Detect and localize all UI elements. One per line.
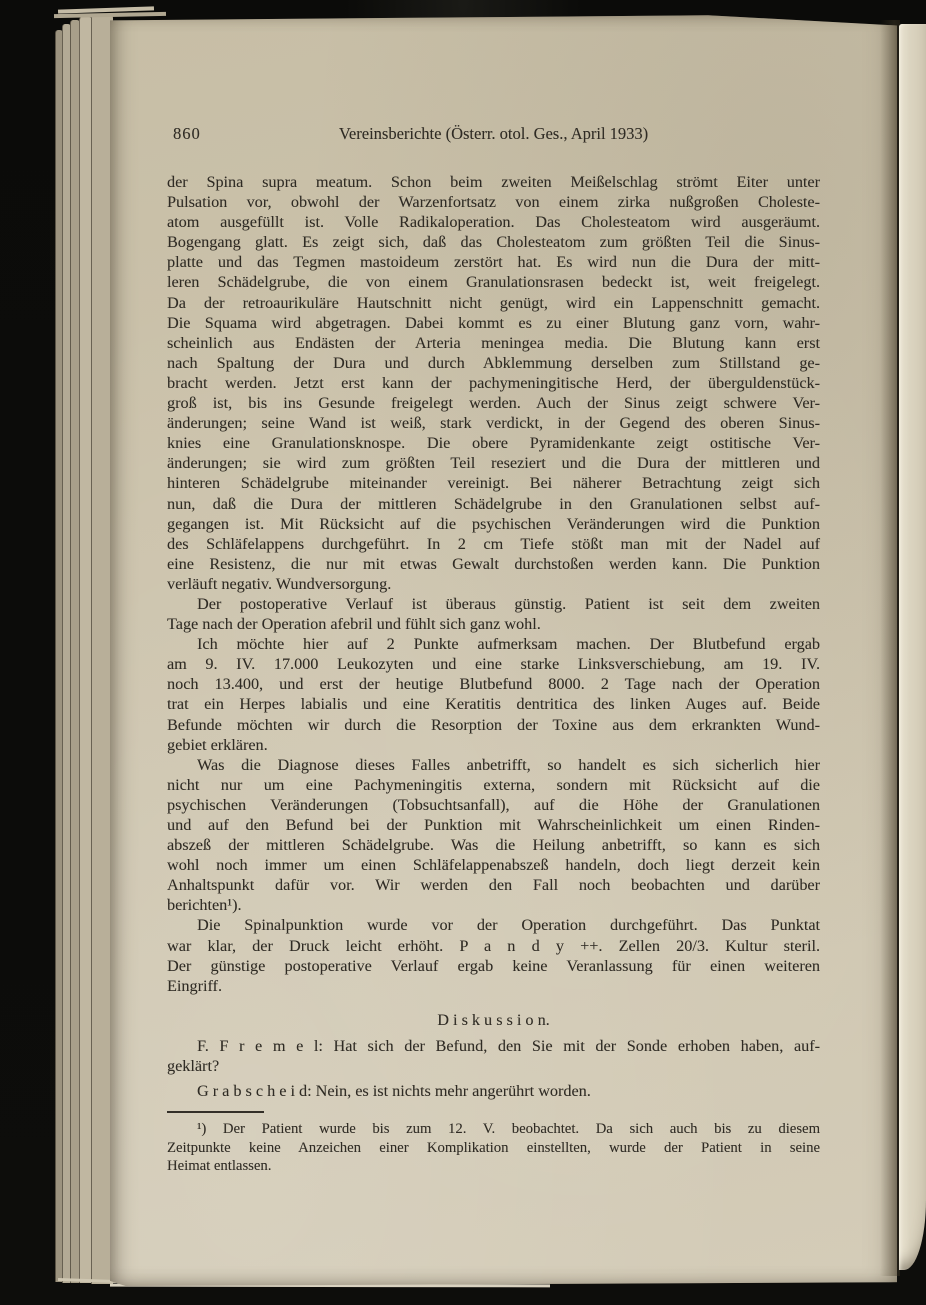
text-line: nicht nur um eine Pachymeningitis extern… xyxy=(167,775,820,795)
paragraph: Ich möchte hier auf 2 Punkte aufmerksam … xyxy=(167,634,820,755)
text-line: psychischen Veränderungen (Tobsuchtsanfa… xyxy=(167,795,820,815)
text-line: scheinlich aus Endästen der Arteria meni… xyxy=(167,333,820,353)
text-line: trat ein Herpes labialis und eine Kerati… xyxy=(167,694,820,714)
discussion-heading: D i s k u s s i o n. xyxy=(167,1010,820,1030)
text-line: abszeß der mittleren Schädelgrube. Was d… xyxy=(167,835,820,855)
text-line: nach Spaltung der Dura und durch Abklemm… xyxy=(167,353,820,373)
paragraph: der Spina supra meatum. Schon beim zweit… xyxy=(167,172,820,594)
text-line: des Schläfelappens durchgeführt. In 2 cm… xyxy=(167,534,820,554)
text-line: Eingriff. xyxy=(167,976,820,996)
footnote: ¹) Der Patient wurde bis zum 12. V. beob… xyxy=(167,1120,820,1176)
text-line: eine Resistenz, die nur mit etwas Gewalt… xyxy=(167,554,820,574)
body-text: der Spina supra meatum. Schon beim zweit… xyxy=(167,172,820,1176)
text-line: ¹) Der Patient wurde bis zum 12. V. beob… xyxy=(167,1120,820,1139)
text-line: Die Spinalpunktion wurde vor der Operati… xyxy=(167,915,820,935)
text-line: gebiet erklären. xyxy=(167,735,820,755)
text-line: F. F r e m e l: Hat sich der Befund, den… xyxy=(167,1036,820,1056)
text-line: Anhaltspunkt dafür vor. Wir werden den F… xyxy=(167,875,820,895)
text-line: Tage nach der Operation afebril und fühl… xyxy=(167,614,820,634)
running-header: Vereinsberichte (Österr. otol. Ges., Apr… xyxy=(167,124,820,144)
page-content: 860 Vereinsberichte (Österr. otol. Ges.,… xyxy=(167,124,820,1176)
text-line: Da der retroaurikuläre Hautschnitt nicht… xyxy=(167,293,820,313)
text-line: leren Schädelgrube, die von einem Granul… xyxy=(167,272,820,292)
text-line: nun, daß die Dura der mittleren Schädelg… xyxy=(167,494,820,514)
paragraph: Was die Diagnose dieses Falles anbetriff… xyxy=(167,755,820,916)
text-line: änderungen; sie wird zum größten Teil re… xyxy=(167,453,820,473)
page-edge xyxy=(91,15,113,1284)
text-line: Der günstige postoperative Verlauf ergab… xyxy=(167,956,820,976)
text-line: Der postoperative Verlauf ist überaus gü… xyxy=(167,594,820,614)
paragraph: Der postoperative Verlauf ist überaus gü… xyxy=(167,594,820,634)
text-line: hinteren Schädelgrube miteinander verein… xyxy=(167,473,820,493)
text-line: verläuft negativ. Wundversorgung. xyxy=(167,574,820,594)
text-line: änderungen; seine Wand ist weiß, stark v… xyxy=(167,413,820,433)
text-line: der Spina supra meatum. Schon beim zweit… xyxy=(167,172,820,192)
text-line: Pulsation vor, obwohl der Warzenfortsatz… xyxy=(167,192,820,212)
text-line: bracht werden. Jetzt erst kann der pachy… xyxy=(167,373,820,393)
text-line: am 9. IV. 17.000 Leukozyten und eine sta… xyxy=(167,654,820,674)
text-line: Heimat entlassen. xyxy=(167,1157,820,1176)
text-line: Was die Diagnose dieses Falles anbetriff… xyxy=(167,755,820,775)
text-line: Zeitpunkte keine Anzeichen einer Komplik… xyxy=(167,1139,820,1158)
discussion-entry: G r a b s c h e i d: Nein, es ist nichts… xyxy=(167,1081,820,1101)
text-line: Die Squama wird abgetragen. Dabei kommt … xyxy=(167,313,820,333)
discussion-entry: F. F r e m e l: Hat sich der Befund, den… xyxy=(167,1036,820,1076)
text-line: wohl noch immer um einen Schläfelappenab… xyxy=(167,855,820,875)
book-page: 860 Vereinsberichte (Österr. otol. Ges.,… xyxy=(110,14,897,1286)
paragraph: Die Spinalpunktion wurde vor der Operati… xyxy=(167,915,820,995)
adjacent-page-edge xyxy=(899,24,926,1270)
text-line: knies eine Granulationsknospe. Die obere… xyxy=(167,433,820,453)
text-line: groß ist, bis ins Gesunde freigelegt wer… xyxy=(167,393,820,413)
footnote-separator-rule xyxy=(167,1111,264,1113)
text-line: Ich möchte hier auf 2 Punkte aufmerksam … xyxy=(167,634,820,654)
text-line: platte und das Tegmen mastoideum zerstör… xyxy=(167,252,820,272)
text-line: atom ausgefüllt ist. Volle Radikaloperat… xyxy=(167,212,820,232)
gutter-crease-shadow xyxy=(880,20,900,1276)
text-line: war klar, der Druck leicht erhöht. P a n… xyxy=(167,936,820,956)
book-scan-background: 860 Vereinsberichte (Österr. otol. Ges.,… xyxy=(0,0,926,1305)
text-line: und auf den Befund bei der Punktion mit … xyxy=(167,815,820,835)
text-line: G r a b s c h e i d: Nein, es ist nichts… xyxy=(167,1081,820,1101)
page-header: 860 Vereinsberichte (Österr. otol. Ges.,… xyxy=(167,124,820,145)
text-line: geklärt? xyxy=(167,1056,820,1076)
text-line: berichten¹). xyxy=(167,895,820,915)
text-line: Bogengang glatt. Es zeigt sich, daß das … xyxy=(167,232,820,252)
text-line: Befunde möchten wir durch die Resorption… xyxy=(167,715,820,735)
text-line: noch 13.400, und erst der heutige Blutbe… xyxy=(167,674,820,694)
text-line: gegangen ist. Mit Rücksicht auf die psyc… xyxy=(167,514,820,534)
